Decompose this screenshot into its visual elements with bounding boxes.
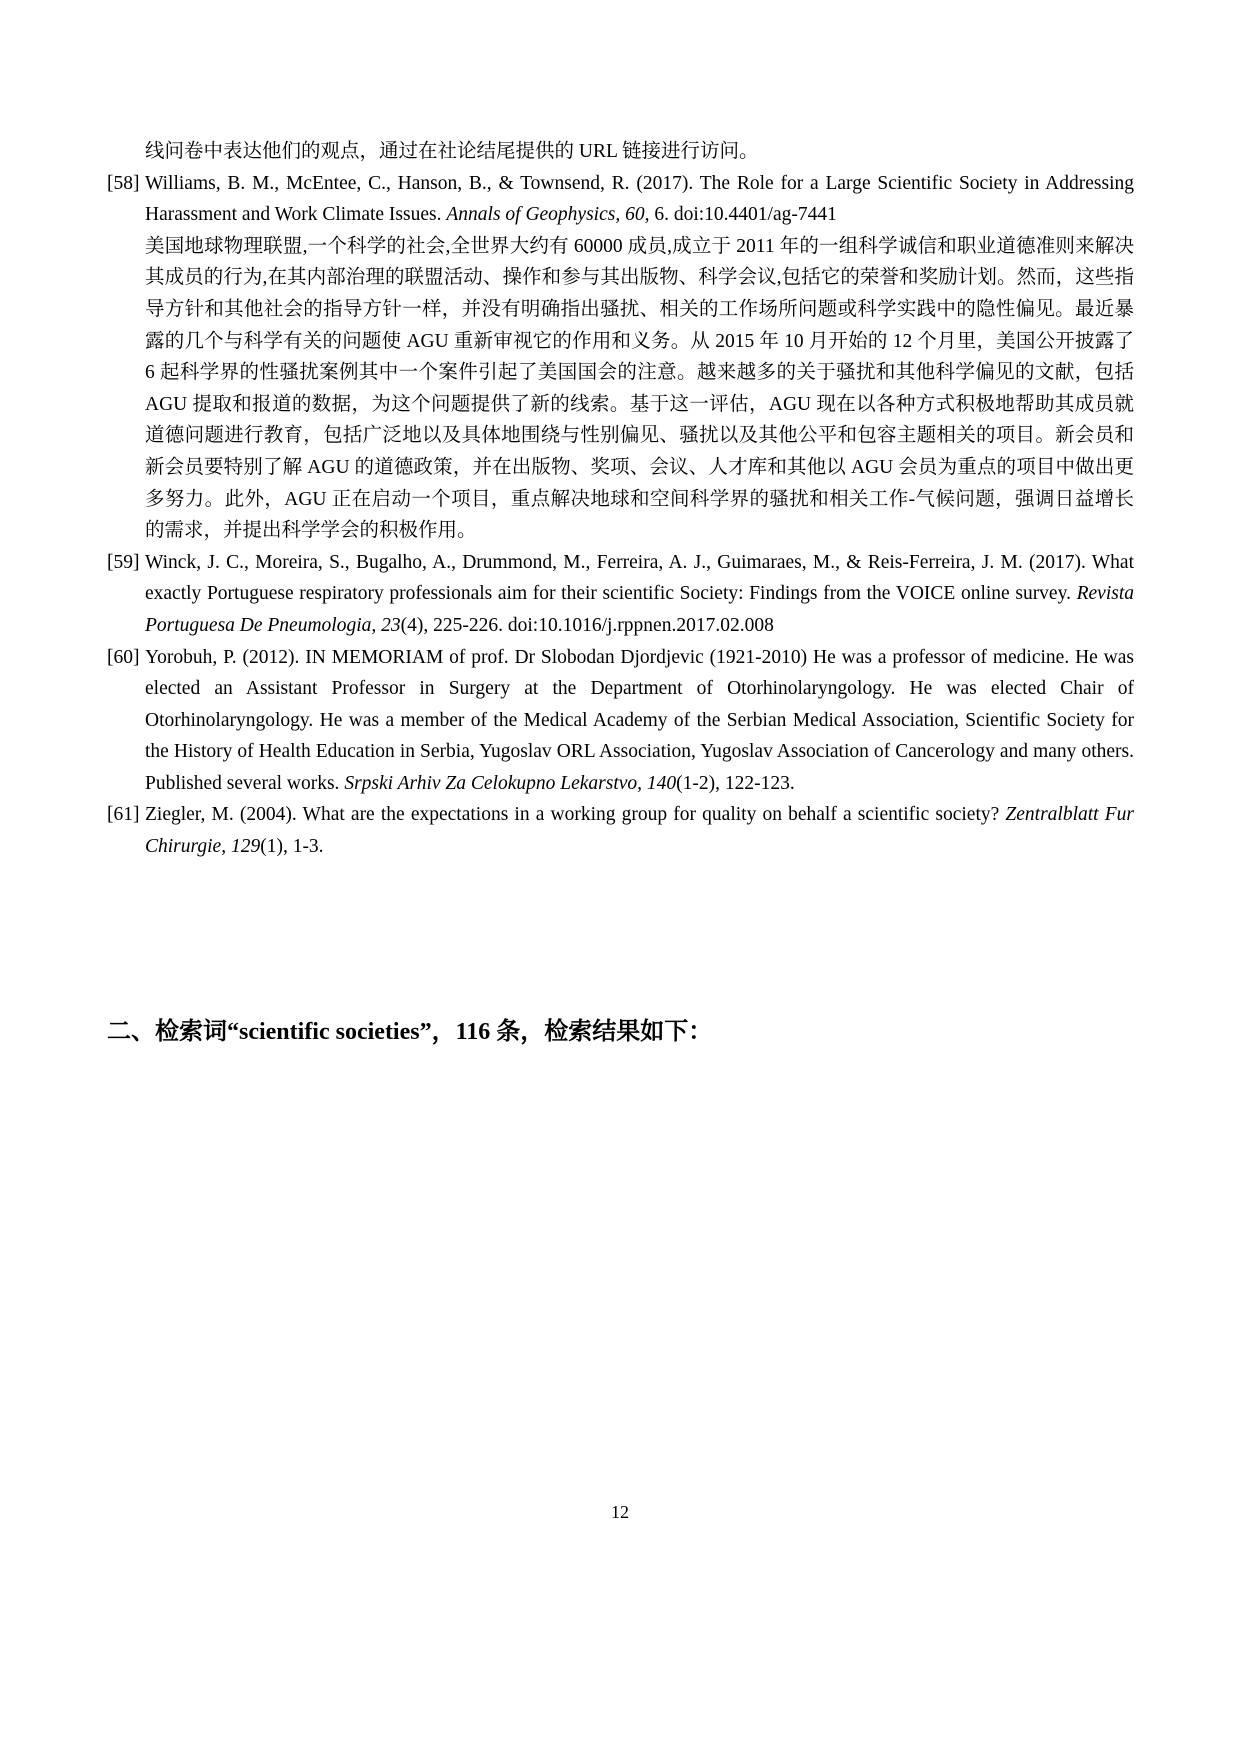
section-heading: 二、检索词“scientific societies”，116 条，检索结果如下… — [107, 1016, 1134, 1048]
reference-citation: Williams, B. M., McEntee, C., Hanson, B.… — [145, 168, 1134, 231]
reference-citation: Winck, J. C., Moreira, S., Bugalho, A., … — [145, 547, 1134, 642]
reference-entry-61: [61] Ziegler, M. (2004). What are the ex… — [107, 799, 1134, 862]
reference-entry-60: [60] Yorobuh, P. (2012). IN MEMORIAM of … — [107, 642, 1134, 800]
reference-number: [59] — [107, 547, 140, 579]
reference-number: [58] — [107, 168, 140, 200]
citation-tail: (4), 225-226. doi:10.1016/j.rppnen.2017.… — [401, 615, 774, 636]
reference-chinese-annotation: 美国地球物理联盟,一个科学的社会,全世界大约有 60000 成员,成立于 201… — [145, 231, 1134, 547]
references-text-block: 线问卷中表达他们的观点，通过在社论结尾提供的 URL 链接进行访问。 [58] … — [107, 136, 1134, 863]
page-number: 12 — [0, 1502, 1240, 1523]
reference-citation: Ziegler, M. (2004). What are the expecta… — [145, 799, 1134, 862]
reference-citation: Yorobuh, P. (2012). IN MEMORIAM of prof.… — [145, 642, 1134, 800]
journal-title: Srpski Arhiv Za Celokupno Lekarstvo, 140 — [344, 773, 676, 794]
journal-title: Annals of Geophysics, 60 — [446, 204, 644, 225]
reference-entry-59: [59] Winck, J. C., Moreira, S., Bugalho,… — [107, 547, 1134, 642]
citation-tail: (1), 1-3. — [260, 836, 323, 857]
reference-57-continuation-line: 线问卷中表达他们的观点，通过在社论结尾提供的 URL 链接进行访问。 — [107, 136, 1134, 168]
citation-text: Winck, J. C., Moreira, S., Bugalho, A., … — [145, 552, 1134, 605]
reference-entry-58: [58] Williams, B. M., McEntee, C., Hanso… — [107, 168, 1134, 547]
citation-tail: (1-2), 122-123. — [676, 773, 795, 794]
reference-number: [61] — [107, 799, 140, 831]
citation-text: Ziegler, M. (2004). What are the expecta… — [145, 804, 1005, 825]
citation-tail: , 6. doi:10.4401/ag-7441 — [645, 204, 837, 225]
reference-number: [60] — [107, 642, 140, 674]
citation-text: Yorobuh, P. (2012). IN MEMORIAM of prof.… — [145, 647, 1134, 794]
